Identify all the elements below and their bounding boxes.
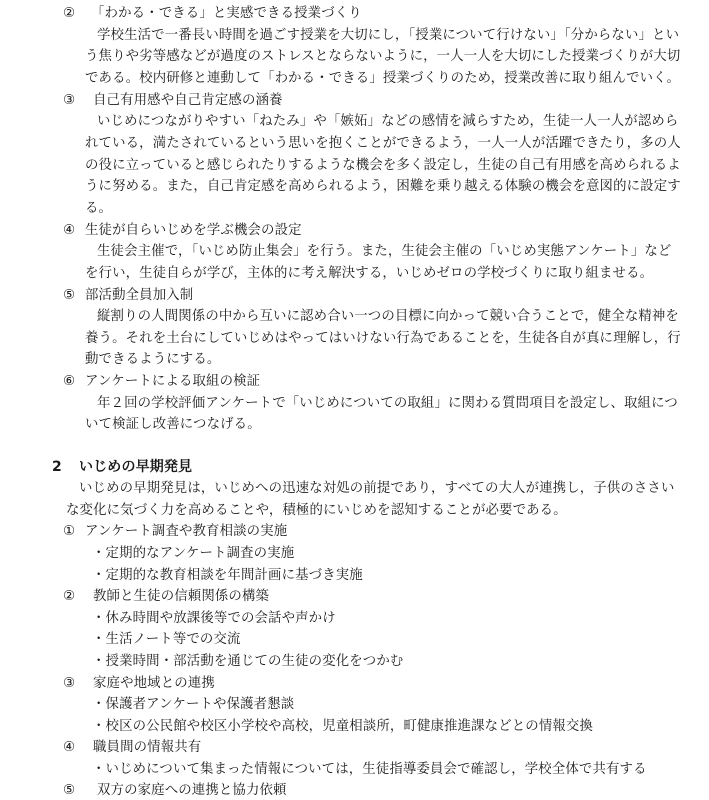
item-number: ④ [63, 740, 85, 756]
bullet-item: ・校区の公民館や校区小学校や高校，児童相談所，町健康推進課などとの情報交換 [92, 719, 593, 735]
item-number: ⑤ [63, 288, 85, 304]
item-number: ④ [63, 223, 85, 239]
item-heading-text: 家庭や地域との連携 [93, 676, 215, 692]
body-line: 養う。それを土台にしていじめはやってはいけない行為であることを，生徒各自が真に理… [85, 331, 681, 347]
item-heading-text: 職員間の情報共有 [93, 740, 201, 756]
item-heading-text: 教師と生徒の信頼関係の構築 [93, 589, 269, 605]
item-number: ② [63, 6, 85, 22]
bullet-item: ・保護者アンケートや保護者懇談 [92, 697, 294, 713]
body-line: である。校内研修と連動して「わかる・できる」授業づくりのため，授業改善に取り組ん… [85, 71, 680, 87]
body-line: る。 [85, 201, 112, 217]
body-line: うに努める。また，自己肯定感を高められるよう，困難を乗り越える体験の機会を意図的… [85, 179, 681, 195]
item-number: ① [63, 524, 85, 540]
bullet-item: ・授業時間・部活動を通じての生徒の変化をつかむ [92, 654, 403, 670]
body-line: 動できるようにする。 [85, 352, 220, 368]
intro-line: いじめの早期発見は，いじめへの迅速な対処の前提であり，すべての大人が連携し，子供… [79, 481, 675, 497]
item-heading-text: 部活動全員加入制 [85, 288, 193, 304]
body-line: いて検証し改善につなげる。 [85, 417, 261, 433]
bullet-item: ・定期的なアンケート調査の実施 [92, 546, 294, 562]
body-line: を行い，生徒自らが学び，主体的に考え解決する，いじめゼロの学校づくりに取り組ませ… [85, 266, 653, 282]
body-line: れている，満たされているという思いを抱くことができるよう，一人一人が活躍できたり… [85, 136, 681, 152]
section-heading: 2いじめの早期発見 [52, 459, 192, 475]
item-heading-text: アンケート調査や教育相談の実施 [85, 524, 287, 540]
item-heading-text: 双方の家庭への連携と協力依頼 [97, 783, 287, 799]
body-line: 生徒会主催で，「いじめ防止集会」を行う。また，生徒会主催の「いじめ実態アンケート… [97, 244, 671, 260]
item-heading: ⑤双方の家庭への連携と協力依頼 [63, 783, 287, 799]
body-line: いじめにつながりやすい「ねたみ」や「嫉妬」などの感情を減らすため，生徒一人一人が… [97, 114, 678, 130]
bullet-item: ・定期的な教育相談を年間計画に基づき実施 [92, 568, 363, 584]
body-line: 縦割りの人間関係の中から互いに認め合い一つの目標に向かって競い合うことで，健全な… [97, 309, 679, 325]
body-line: う焦りや劣等感などが過度のストレスとならないように，一人一人を大切にした授業づく… [85, 49, 680, 65]
bullet-item: ・休み時間や放課後等での会話や声かけ [92, 611, 336, 627]
bullet-item: ・生活ノート等での交流 [92, 632, 241, 648]
item-number: ② [63, 589, 85, 605]
section-number: 2 [52, 459, 79, 475]
item-number: ③ [63, 93, 85, 109]
item-number: ③ [63, 676, 85, 692]
item-heading-text: アンケートによる取組の検証 [85, 374, 260, 390]
item-heading: ①アンケート調査や教育相談の実施 [63, 524, 287, 540]
item-heading: ②「わかる・できる」と実感できる授業づくり [63, 6, 362, 22]
bullet-item: ・いじめについて集まった情報については，生徒指導委員会で確認し，学校全体で共有す… [92, 762, 647, 778]
item-number: ⑥ [63, 374, 85, 390]
body-line: の役に立っていると感じられたりするような機会を多く設定し，生徒の自己有用感を高め… [85, 158, 681, 174]
document-page: ②「わかる・できる」と実感できる授業づくり 学校生活で一番長い時間を過ごす授業を… [0, 0, 709, 800]
section-title: いじめの早期発見 [79, 459, 192, 475]
body-line: 学校生活で一番長い時間を過ごす授業を大切にし，「授業について行けない」「分からな… [97, 28, 679, 44]
item-heading-text: 生徒が自らいじめを学ぶ機会の設定 [85, 223, 302, 239]
item-heading: ④職員間の情報共有 [63, 740, 201, 756]
item-heading: ②教師と生徒の信頼関係の構築 [63, 589, 269, 605]
item-heading: ③家庭や地域との連携 [63, 676, 215, 692]
body-line: 年２回の学校評価アンケートで「いじめについての取組」に関わる質問項目を設定し、取… [97, 396, 678, 412]
intro-line: な変化に気づく力を高めることや，積極的にいじめを認知することが必要である。 [66, 503, 567, 519]
item-heading-text: 自己有用感や自己肯定感の涵養 [93, 93, 283, 109]
item-heading-text: 「わかる・できる」と実感できる授業づくり [91, 6, 362, 22]
item-heading: ④生徒が自らいじめを学ぶ機会の設定 [63, 223, 302, 239]
item-heading: ③自己有用感や自己肯定感の涵養 [63, 93, 283, 109]
item-heading: ⑤部活動全員加入制 [63, 288, 193, 304]
item-heading: ⑥アンケートによる取組の検証 [63, 374, 260, 390]
item-number: ⑤ [63, 783, 85, 799]
